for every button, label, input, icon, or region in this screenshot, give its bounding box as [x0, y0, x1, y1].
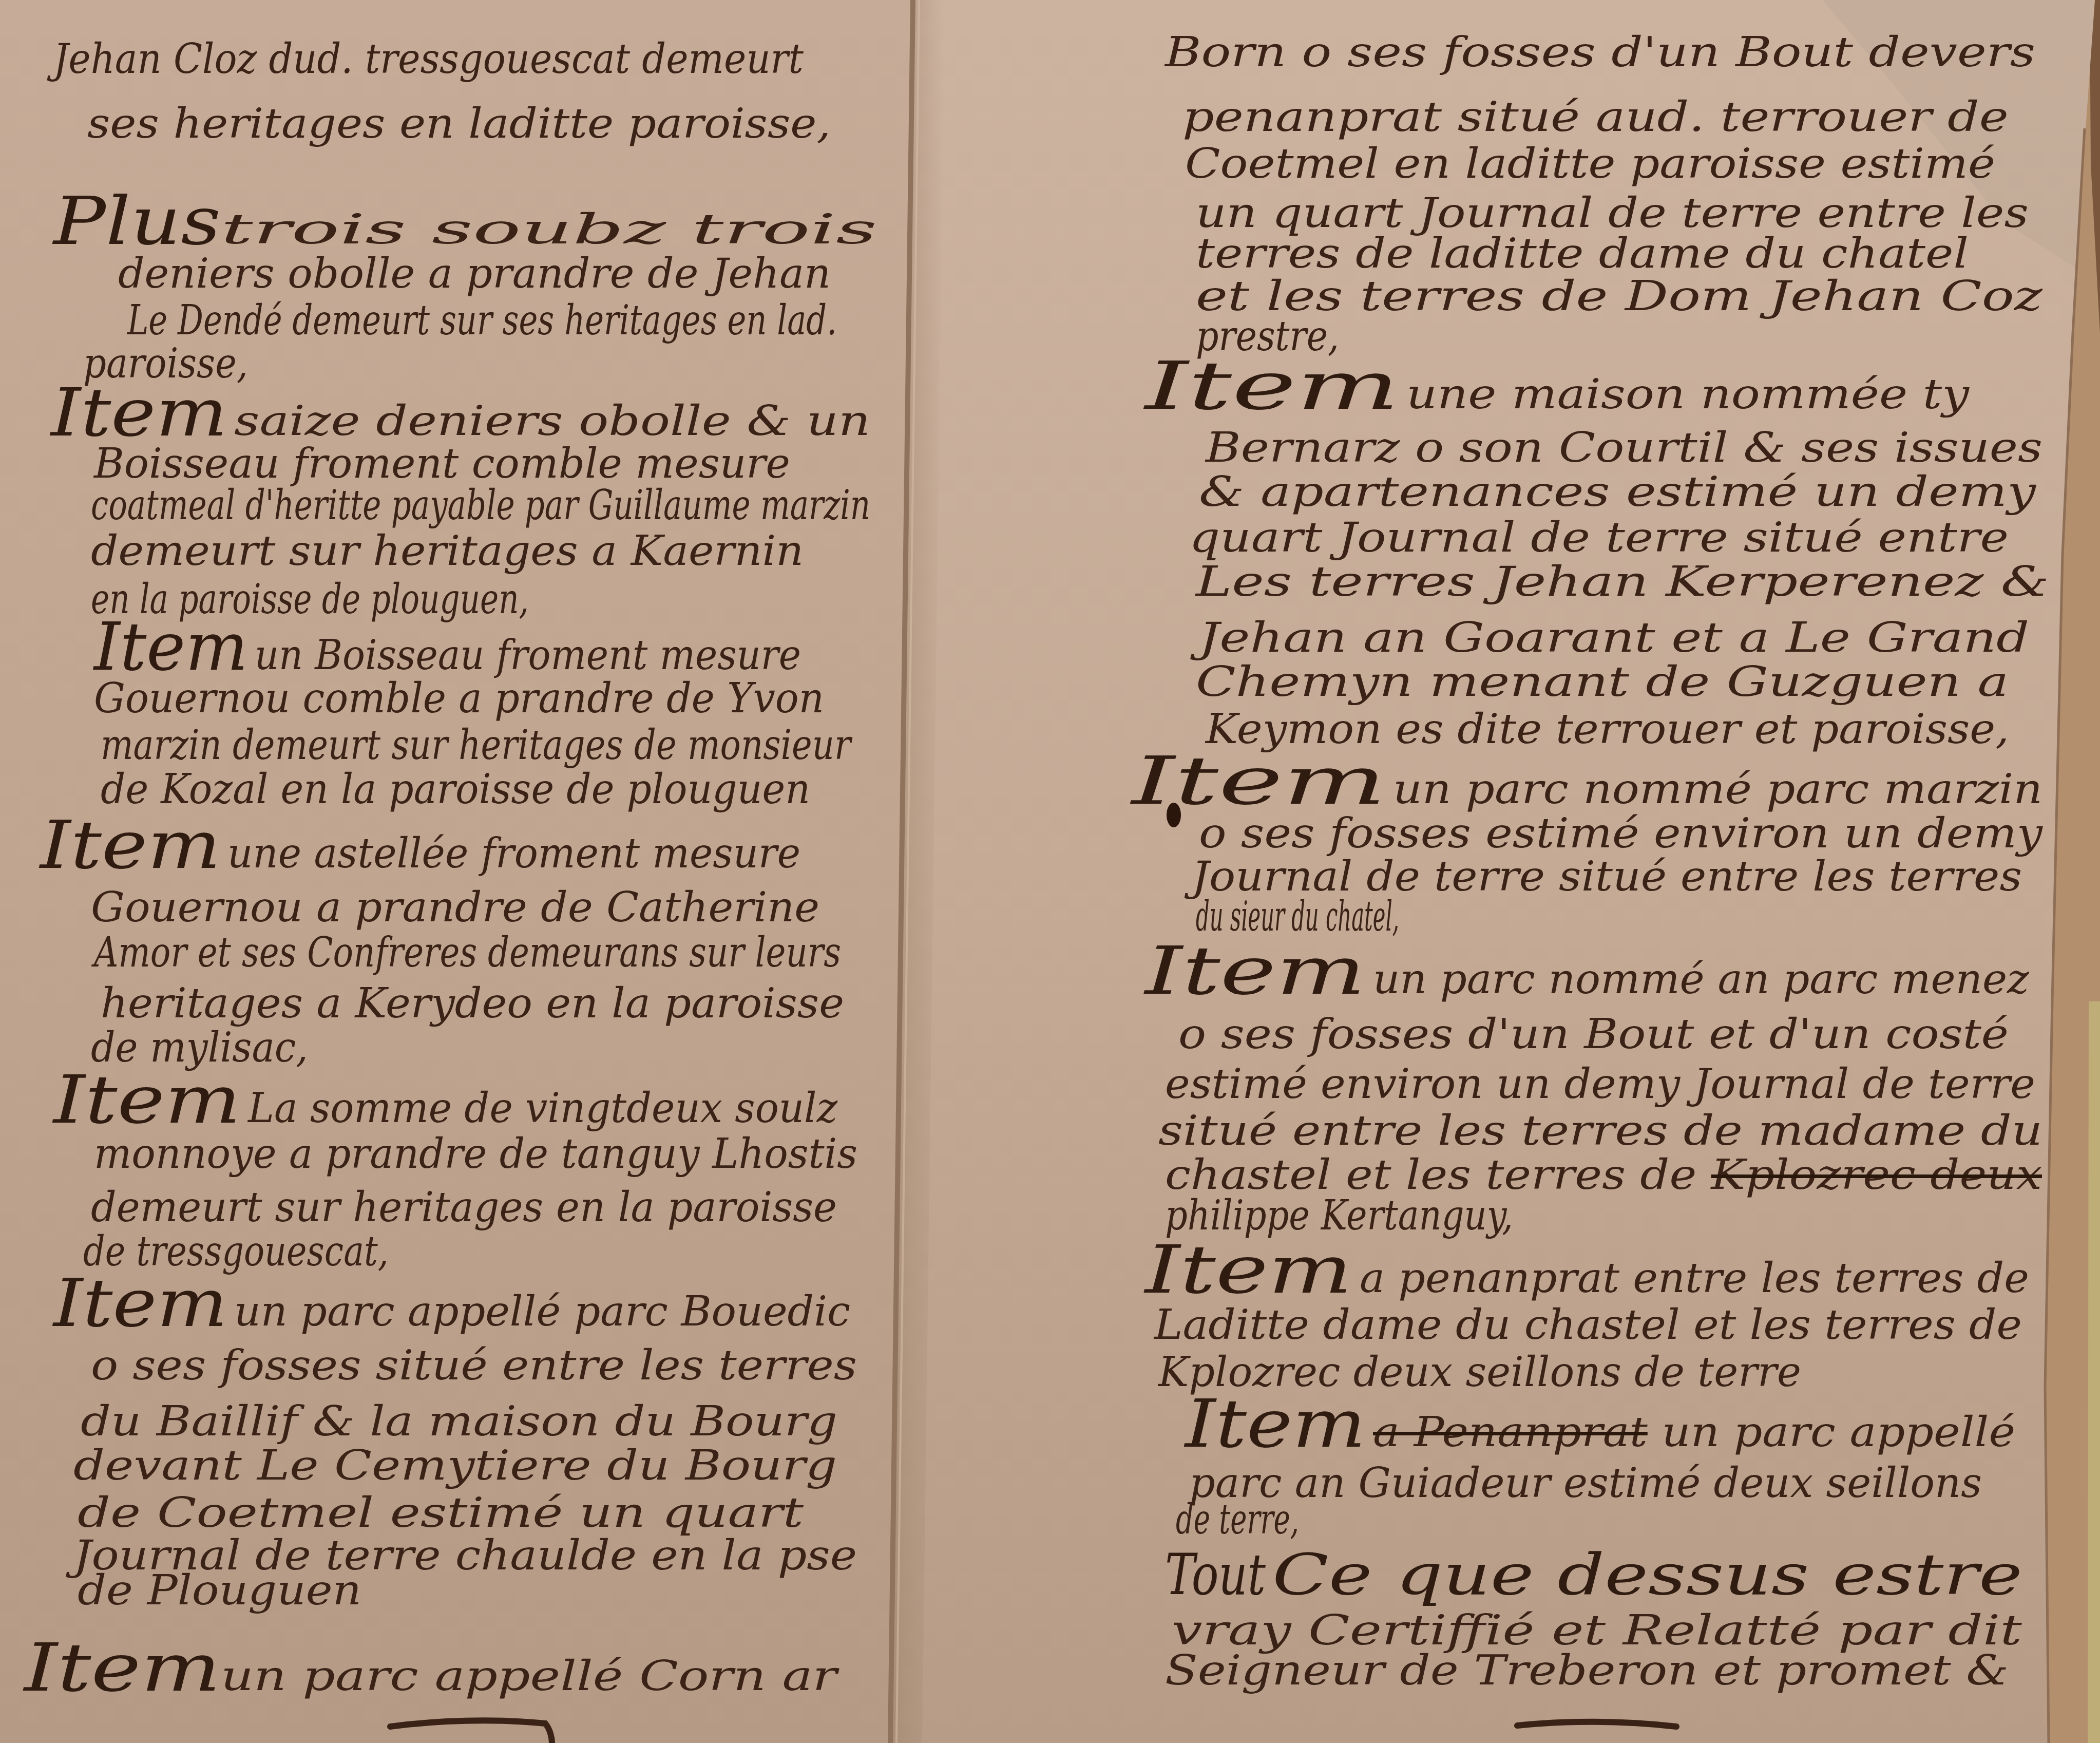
line-text: un parc appellé — [1662, 1408, 2015, 1456]
text-line: terres de laditte dame du chatel — [1196, 233, 1969, 274]
text-line: a penanprat entre les terres de — [1360, 1258, 2029, 1299]
text-line: Amor et ses Confreres demeurans sur leur… — [94, 932, 841, 973]
item-initial: Item — [94, 613, 248, 680]
text-line: & apartenances estimé un demy — [1199, 471, 2036, 513]
text-line: parc an Guiadeur estimé deux seillons — [1189, 1463, 1982, 1504]
text-line: de Coetmel estimé un quart — [78, 1492, 804, 1533]
text-line: Gouernou a prandre de Catherine — [91, 887, 819, 928]
text-line: estimé environ un demy Journal de terre — [1165, 1064, 2035, 1105]
text-line: du Baillif & la maison du Bourg — [81, 1401, 837, 1442]
text-line: Le Dendé demeurt sur ses heritages en la… — [127, 300, 837, 341]
text-line: chastel et les terres de Kplozrec deux — [1165, 1154, 2042, 1196]
manuscript-scan: Jehan Cloz dud. tressgouescat demeurt se… — [0, 0, 2100, 1743]
item-initial: Item — [1145, 1236, 1352, 1303]
text-line: devant Le Cemytiere du Bourg — [73, 1445, 837, 1486]
text-line: Jehan an Goarant et a Le Grand — [1199, 617, 2029, 658]
text-line: Jehan Cloz dud. tressgouescat demeurt — [53, 39, 804, 80]
struck-text: a Penanprat — [1373, 1408, 1648, 1456]
text-line: demeurt sur heritages en la paroisse — [91, 1187, 837, 1228]
text-line: un Boisseau froment mesure — [255, 635, 801, 676]
text-line: monnoye a prandre de tanguy Lhostis — [94, 1133, 857, 1174]
item-initial: Item — [40, 811, 221, 878]
text-line: Gouernou comble a prandre de Yvon — [94, 678, 824, 719]
text-line: un parc nommé parc marzin — [1393, 769, 2042, 810]
text-line: de terre, — [1176, 1499, 1299, 1540]
text-line: du sieur du chatel, — [1196, 896, 1399, 937]
item-initial: Item — [24, 1634, 221, 1701]
text-line: a Penanprat un parc appellé — [1373, 1412, 2015, 1453]
text-line: de Kozal en la paroisse de plouguen — [101, 769, 810, 810]
text-line: un parc appellé parc Bouedic — [234, 1291, 850, 1332]
closing-initial: Tout — [1165, 1546, 1266, 1603]
text-line: Les terres Jehan Kerperenez & — [1196, 561, 2049, 602]
text-line: Born o ses fosses d'un Bout devers — [1165, 32, 2035, 73]
text-line: quart Journal de terre situé entre — [1189, 517, 2009, 558]
text-line: un parc nommé an parc menez — [1373, 959, 2029, 1000]
text-line: une maison nommée ty — [1406, 374, 1969, 415]
text-line: un quart Journal de terre entre les — [1196, 193, 2029, 234]
text-line: o ses fosses situé entre les terres — [91, 1345, 857, 1386]
item-initial: Item — [1145, 352, 1400, 419]
item-initial: Item — [51, 379, 227, 446]
text-line: trois soubz trois — [221, 209, 877, 250]
entry-initial: Plus — [53, 187, 221, 254]
far-edge-yellow-strip — [2088, 1001, 2100, 1743]
item-initial: Item — [1145, 937, 1366, 1004]
item-initial: Item — [53, 1270, 227, 1336]
text-line: une astellée froment mesure — [227, 833, 800, 874]
struck-text: Kplozrec deux — [1711, 1151, 2042, 1199]
text-line: o ses fosses d'un Bout et d'un costé — [1178, 1014, 2009, 1055]
text-line: ses heritages en laditte paroisse, — [87, 103, 831, 144]
text-line: penanprat situé aud. terrouer de — [1182, 97, 2009, 138]
item-initial: Item — [53, 1066, 241, 1133]
text-line: heritages a Kerydeo en la paroisse — [101, 983, 844, 1024]
text-line: Seigneur de Treberon et promet & — [1165, 1650, 2009, 1691]
text-line: Laditte dame du chastel et les terres de — [1154, 1304, 2022, 1346]
text-line: vray Certiffié et Relatté par dit — [1172, 1610, 2022, 1651]
closing-line: Ce que dessus estre — [1272, 1546, 2022, 1603]
text-line: marzin demeurt sur heritages de monsieur — [101, 725, 851, 766]
text-line: philippe Kertanguy, — [1165, 1195, 1513, 1236]
text-line: situé entre les terres de madame du — [1158, 1110, 2042, 1151]
text-line: Bernarz o son Courtil & ses issues — [1206, 427, 2042, 468]
text-line: et les terres de Dom Jehan Coz — [1196, 276, 2042, 317]
text-line: coatmeal d'heritte payable par Guillaume… — [91, 485, 870, 526]
text-line: La somme de vingtdeux soulz — [248, 1088, 837, 1129]
text-line: Boisseau froment comble mesure — [94, 443, 790, 484]
text-line: deniers obolle a prandre de Jehan — [118, 253, 831, 294]
text-line: o ses fosses estimé environ un demy — [1199, 813, 2042, 854]
item-initial: Item — [1132, 747, 1386, 814]
text-line: de Plouguen — [78, 1570, 361, 1611]
text-line: Coetmel en laditte paroisse estimé — [1185, 143, 1995, 184]
text-line: Journal de terre situé entre les terres — [1192, 856, 2022, 897]
text-line: un parc appellé Corn ar — [221, 1656, 837, 1697]
text-line: saize deniers obolle & un — [234, 401, 870, 442]
text-line: Chemyn menant de Guzguen a — [1196, 661, 2009, 703]
item-initial: Item — [1185, 1390, 1366, 1457]
text-line: demeurt sur heritages a Kaernin — [91, 531, 804, 572]
